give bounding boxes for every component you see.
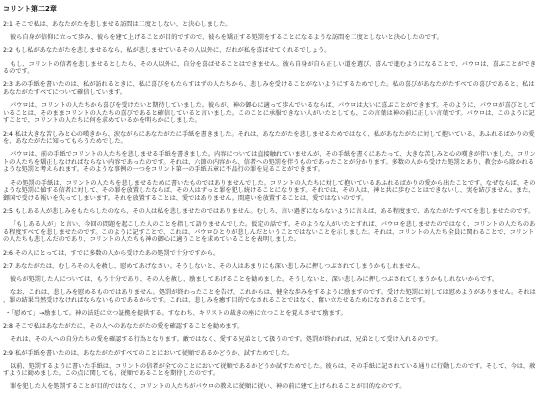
paragraph-comment: なお、これは、悲しみを慰めるものではありません。処罰が終わったことを告げ、これか… [3,289,537,304]
document-title: コリント第二2章 [3,4,537,14]
paragraph-comment: もし、コリントの信者を悲しませるとしたら、その人以外に、自分を喜ばせることはでき… [3,61,537,76]
paragraph-list: 2:1 そこで私は、あなたがたを悲しませる訪問は二度としない、と決心しました。彼… [3,21,537,391]
paragraph-comment: 以前、処罰するように書いた手紙は、コリントの信者が全てのことにおいて従順であるか… [3,363,537,378]
paragraph-verse: 2:1 そこで私は、あなたがたを悲しませる訪問は二度としない、と決心しました。 [3,21,537,29]
paragraph-comment: 罪を犯した人を処罰することが目的ではなく、コリントの人たちがパウロの教えに従順に… [3,383,537,391]
paragraph-comment: それは、その人への自分たちの愛を確認する行為となります。敵ではなく、愛する兄弟と… [3,336,537,344]
paragraph-comment: 「もしある人が」と言い、今回の問題を起こした人のことを指して語りませんでした。仮… [3,221,537,244]
paragraph-verse: 2:2 もし私があなたがたを悲しませるなら、私が悲しませているその人以外に、だれ… [3,47,537,55]
paragraph-verse: 2:8 そこで私はあなたがたに、その人へのあなたがたの愛を確認することを勧めます… [3,323,537,331]
paragraph-verse: 2:9 私が手紙を書いたのは、あなたがたがすべてのことにおいて従順であるかどうか… [3,350,537,358]
paragraph-verse: 2:4 私は大きな苦しみと心の嘆きから、涙ながらにあなたがたに手紙を書きました。… [3,131,537,146]
paragraph-comment: 彼らが処罰した人については、もう十分であり、その人を赦し、励ましてあげることを勧… [3,276,537,284]
paragraph-verse: 2:5 もしある人が悲しみをもたらしたのなら、その人は私を悲しませたのではありま… [3,208,537,216]
paragraph-verse: 2:6 その人にとっては、すでに多数の人から受けたあの処罰で十分ですから。 [3,250,537,258]
paragraph-verse: 2:3 あの手紙を書いたのは、私が訪れるときに、私に喜びをもたらすはずの人たちか… [3,81,537,96]
paragraph-comment: その処罰の手紙は、コリントの人たちを悲しませるために書いたものではありませんでし… [3,180,537,203]
paragraph-comment: 彼ら自身が信仰に立って歩み、彼らを建て上げることが目的ですので、彼らを矯正する処… [3,34,537,42]
document-page: コリント第二2章 2:1 そこで私は、あなたがたを悲しませる訪問は二度としない、… [0,0,540,391]
paragraph-comment: パウロは、コリントの人たちから喜びを受けたいと期待していました。彼らが、神の御心… [3,102,537,125]
paragraph-note: ・「慰めて」→励まして。神の法廷に立つ証拠を提供する。すなわち、キリストの裁きの… [3,310,537,318]
paragraph-verse: 2:7 あなたがたは、むしろその人を赦し、慰めてあげなさい。そうしないと、その人… [3,263,537,271]
paragraph-comment: パウロは、前の手紙でコリントの人たちを悲しませる手紙を書きました。内容については… [3,151,537,174]
